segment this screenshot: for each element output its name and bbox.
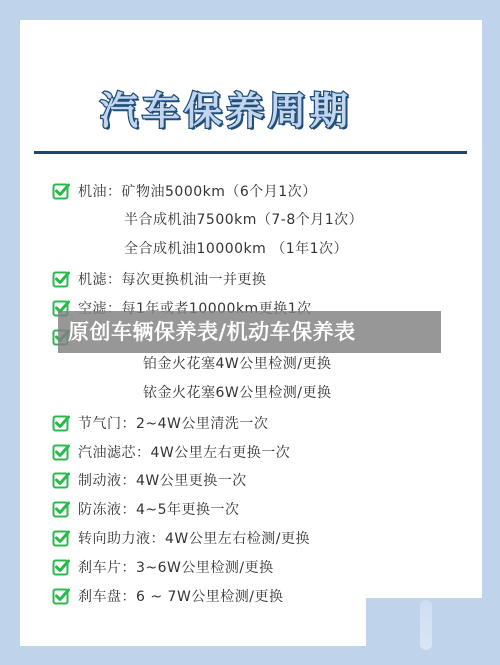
item-label: 刹车片：3~6W公里检测/更换 (78, 557, 274, 577)
item-label: 转向助力液：4W公里左右检测/更换 (78, 528, 310, 548)
check-icon (52, 558, 70, 576)
list-item-power-steering: 转向助力液：4W公里左右检测/更换 (52, 526, 310, 550)
check-icon (52, 414, 70, 432)
item-label: 汽油滤芯：4W公里左右更换一次 (78, 442, 290, 462)
list-item-antifreeze: 防冻液：4~5年更换一次 (52, 497, 240, 521)
list-item-brake-fluid: 制动液：4W公里更换一次 (52, 468, 247, 492)
item-subline: 半合成机油7500km（7-8个月1次） (124, 208, 363, 232)
item-label: 机滤：每次更换机油一并更换 (78, 269, 267, 289)
item-label: 机油：矿物油5000km（6个月1次） (78, 181, 317, 201)
check-icon (52, 529, 70, 547)
check-icon (52, 471, 70, 489)
list-item-fuel-filter: 汽油滤芯：4W公里左右更换一次 (52, 440, 290, 464)
list-item-engine-oil: 机油：矿物油5000km（6个月1次） (52, 179, 317, 203)
item-label: 防冻液：4~5年更换一次 (78, 499, 240, 519)
check-icon (52, 182, 70, 200)
poster-title: 汽车保养周期 (100, 88, 370, 134)
title-divider (34, 151, 467, 154)
check-icon (52, 270, 70, 288)
item-subline: 全合成机油10000km （1年1次） (124, 237, 348, 261)
check-icon (52, 587, 70, 605)
check-icon (52, 500, 70, 518)
check-icon (52, 443, 70, 461)
list-item-oil-filter: 机滤：每次更换机油一并更换 (52, 267, 267, 291)
list-item-brake-pads: 刹车片：3~6W公里检测/更换 (52, 555, 274, 579)
item-label: 节气门：2~4W公里清洗一次 (78, 413, 268, 433)
watermark-banner-text: 原创车辆保养表/机动车保养表 (68, 311, 356, 353)
list-item-throttle: 节气门：2~4W公里清洗一次 (52, 411, 268, 435)
light-streak (420, 600, 432, 650)
item-label: 制动液：4W公里更换一次 (78, 470, 247, 490)
item-subline: 铂金火花塞4W公里检测/更换 (143, 352, 331, 376)
item-subline: 铱金火花塞6W公里检测/更换 (143, 381, 331, 405)
list-item-brake-discs: 刹车盘：6 ~ 7W公里检测/更换 (52, 584, 284, 608)
item-label: 刹车盘：6 ~ 7W公里检测/更换 (78, 586, 284, 606)
